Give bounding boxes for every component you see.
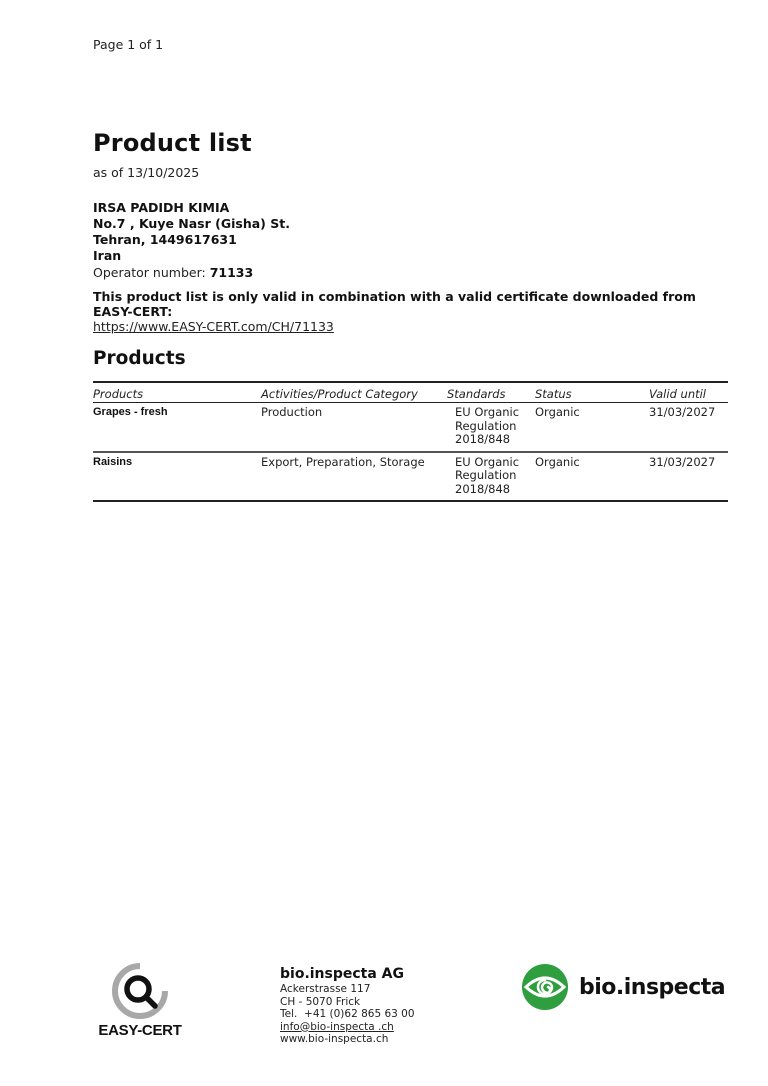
product-standard: EU Organic Regulation 2018/848 <box>447 452 535 502</box>
operator-name: IRSA PADIDH KIMIA <box>93 200 290 216</box>
table-row: Grapes - fresh Production EU Organic Reg… <box>93 403 728 452</box>
easycert-logo: EASY-CERT <box>95 962 185 1042</box>
bioinspecta-logo: bio.inspecta <box>521 963 725 1011</box>
as-of-date: as of 13/10/2025 <box>93 165 199 180</box>
table-header-row: Products Activities/Product Category Sta… <box>93 382 728 403</box>
company-email-link[interactable]: info@bio-inspecta .ch <box>280 1021 415 1034</box>
product-valid-until: 31/03/2027 <box>649 452 728 502</box>
eye-spiral-icon <box>521 963 569 1011</box>
column-header-products: Products <box>93 382 261 403</box>
company-city: CH - 5070 Frick <box>280 996 415 1009</box>
validity-notice: This product list is only valid in combi… <box>93 289 723 319</box>
product-valid-until: 31/03/2027 <box>649 403 728 452</box>
operator-street: No.7 , Kuye Nasr (Gisha) St. <box>93 216 290 232</box>
product-standard: EU Organic Regulation 2018/848 <box>447 403 535 452</box>
certificate-link[interactable]: https://www.EASY-CERT.com/CH/71133 <box>93 319 334 334</box>
company-info: bio.inspecta AG Ackerstrasse 117 CH - 50… <box>280 966 415 1046</box>
column-header-activities: Activities/Product Category <box>261 382 447 403</box>
page-number: Page 1 of 1 <box>93 37 163 52</box>
company-website: www.bio-inspecta.ch <box>280 1033 415 1046</box>
operator-number-value: 71133 <box>210 265 254 280</box>
operator-country: Iran <box>93 248 290 264</box>
operator-number-label: Operator number: <box>93 265 210 280</box>
column-header-valid-until: Valid until <box>649 382 728 403</box>
operator-number: Operator number: 71133 <box>93 265 253 280</box>
operator-address: IRSA PADIDH KIMIA No.7 , Kuye Nasr (Gish… <box>93 200 290 264</box>
products-table: Products Activities/Product Category Sta… <box>93 381 728 502</box>
product-activity: Production <box>261 403 447 452</box>
products-section-title: Products <box>93 348 186 369</box>
page-title: Product list <box>93 129 252 157</box>
company-name: bio.inspecta AG <box>280 966 415 983</box>
company-street: Ackerstrasse 117 <box>280 983 415 996</box>
product-status: Organic <box>535 403 649 452</box>
column-header-standards: Standards <box>447 382 535 403</box>
column-header-status: Status <box>535 382 649 403</box>
magnifier-icon <box>111 962 169 1020</box>
product-status: Organic <box>535 452 649 502</box>
company-phone: Tel. +41 (0)62 865 63 00 <box>280 1008 415 1021</box>
operator-city: Tehran, 1449617631 <box>93 232 290 248</box>
easycert-logo-text: EASY-CERT <box>95 1022 185 1039</box>
product-name: Grapes - fresh <box>93 403 261 452</box>
product-name: Raisins <box>93 452 261 502</box>
product-activity: Export, Preparation, Storage <box>261 452 447 502</box>
table-row: Raisins Export, Preparation, Storage EU … <box>93 452 728 502</box>
bioinspecta-logo-text: bio.inspecta <box>579 975 725 1000</box>
